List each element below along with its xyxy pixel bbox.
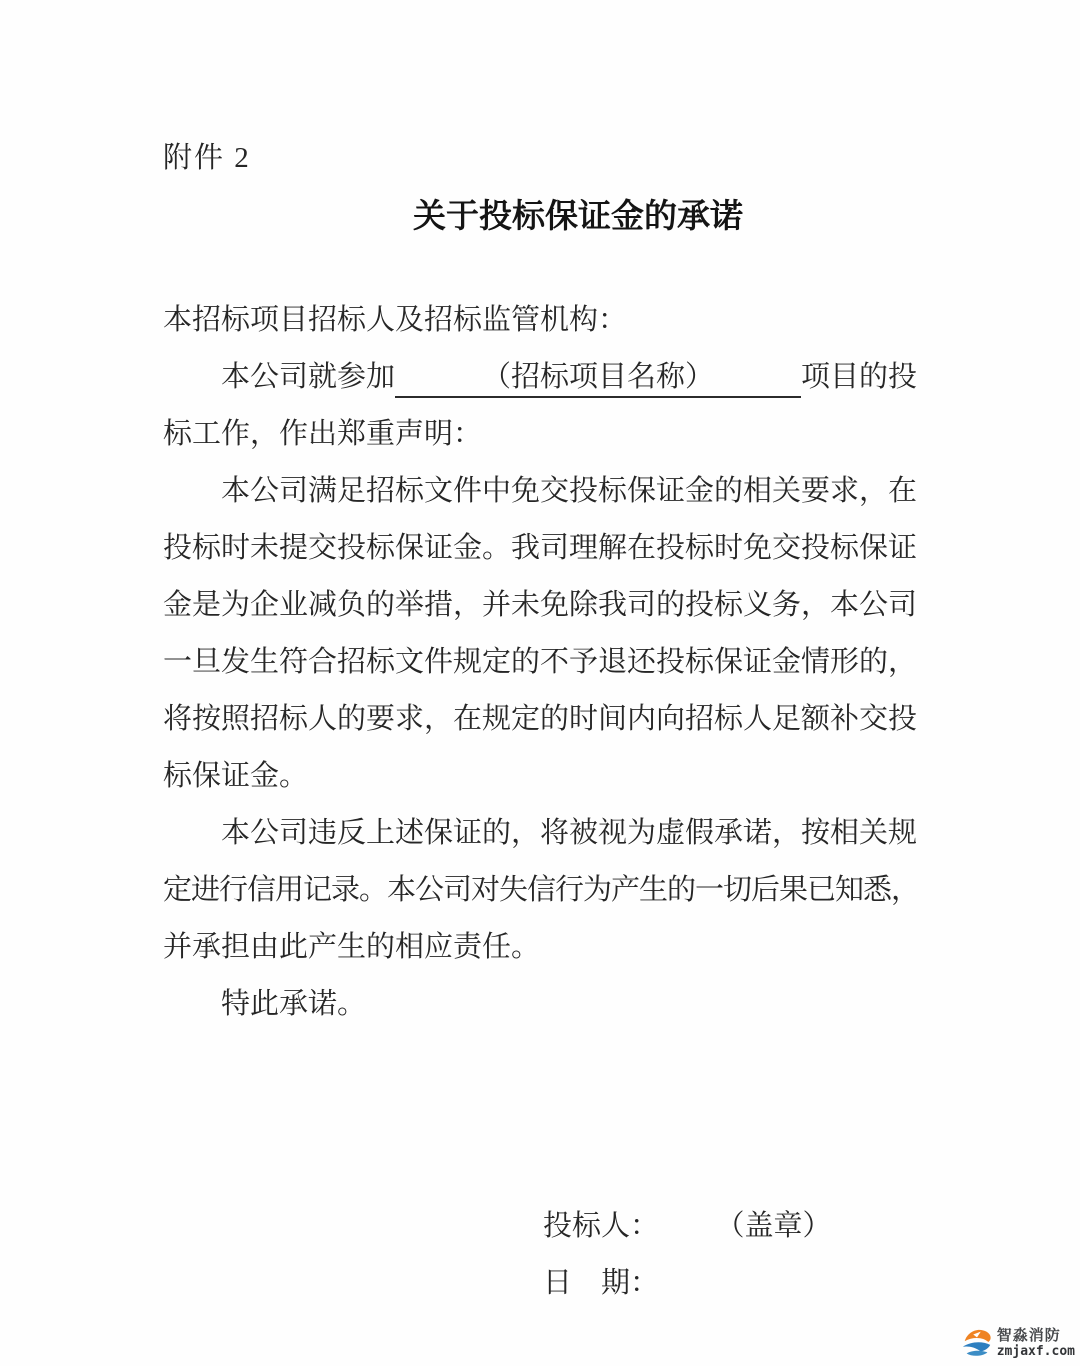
paragraph-indent	[163, 349, 221, 406]
blank-line-suffix: 项目的投	[801, 349, 917, 406]
attachment-label: 附件 2	[163, 141, 251, 175]
paragraph-line-with-blank: 本公司就参加 （招标项目名称） 项目的投	[163, 349, 917, 406]
document-body: 本招标项目招标人及招标监管机构： 本公司就参加 （招标项目名称） 项目的投 标工…	[163, 292, 917, 1033]
document-title: 关于投标保证金的承诺	[413, 196, 743, 236]
paragraph-line: 一旦发生符合招标文件规定的不予退还投标保证金情形的，	[163, 634, 917, 691]
brand-name: 智淼消防	[997, 1328, 1075, 1343]
brand-watermark-text: 智淼消防 zmjaxf.com	[997, 1328, 1075, 1358]
paragraph-line: 本招标项目招标人及招标监管机构：	[163, 292, 917, 349]
paragraph-line: 金是为企业减负的举措，并未免除我司的投标义务，本公司	[163, 577, 917, 634]
brand-logo-icon	[960, 1325, 994, 1361]
date-signature-line: 日 期：	[543, 1255, 832, 1312]
brand-watermark: 智淼消防 zmjaxf.com	[960, 1325, 1075, 1361]
brand-url: zmjaxf.com	[997, 1345, 1075, 1358]
paragraph-line: 并承担由此产生的相应责任。	[163, 919, 917, 976]
paragraph-line: 标工作，作出郑重声明：	[163, 406, 917, 463]
signature-block: 投标人：（盖章） 日 期：	[543, 1198, 832, 1312]
document-page: 附件 2 关于投标保证金的承诺 本招标项目招标人及招标监管机构： 本公司就参加 …	[0, 0, 1080, 1366]
paragraph-line: 本公司满足招标文件中免交投标保证金的相关要求，在	[163, 463, 917, 520]
date-label: 日 期：	[543, 1267, 659, 1299]
bidder-label: 投标人：	[543, 1210, 659, 1242]
blank-placeholder-text: （招标项目名称）	[482, 361, 714, 393]
paragraph-line: 特此承诺。	[163, 976, 917, 1033]
fill-in-blank-underline: （招标项目名称）	[395, 349, 801, 406]
paragraph-line: 标保证金。	[163, 748, 917, 805]
seal-note: （盖章）	[730, 1210, 832, 1242]
bidder-signature-line: 投标人：（盖章）	[543, 1198, 832, 1255]
paragraph-line: 将按照招标人的要求，在规定的时间内向招标人足额补交投	[163, 691, 917, 748]
blank-line-prefix: 本公司就参加	[221, 349, 395, 406]
paragraph-line: 本公司违反上述保证的，将被视为虚假承诺，按相关规	[163, 805, 917, 862]
paragraph-line: 投标时未提交投标保证金。我司理解在投标时免交投标保证	[163, 520, 917, 577]
paragraph-line: 定进行信用记录。本公司对失信行为产生的一切后果已知悉，	[163, 862, 917, 919]
